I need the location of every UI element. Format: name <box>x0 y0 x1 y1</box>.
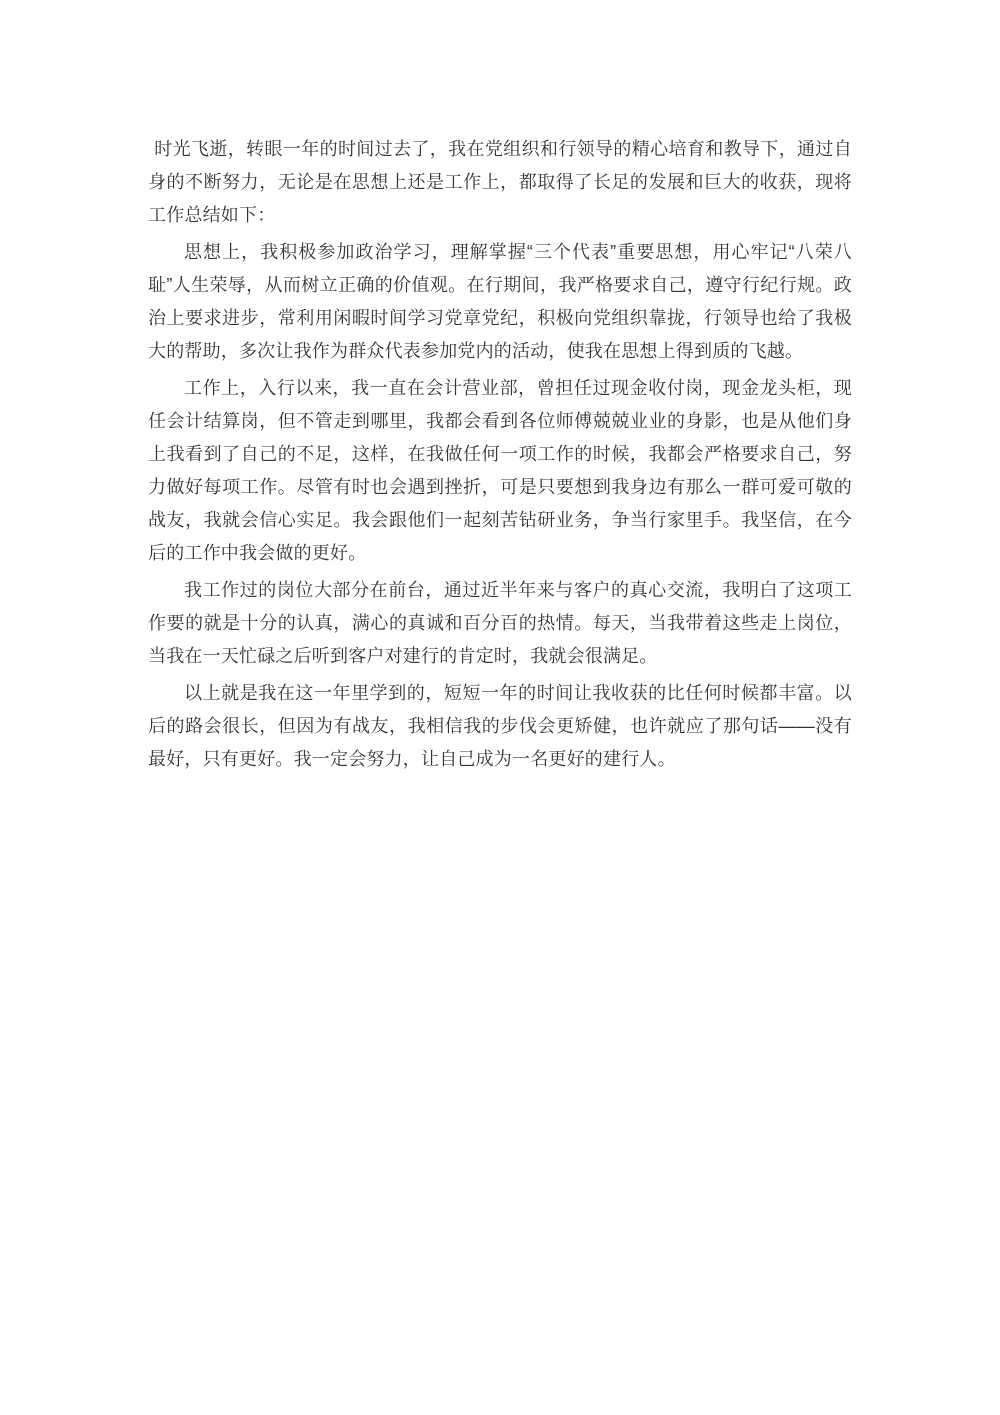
paragraph-work: 工作上，入行以来，我一直在会计营业部，曾担任过现金收付岗，现金龙头柜，现任会计结… <box>148 372 852 570</box>
document-body: 时光飞逝，转眼一年的时间过去了，我在党组织和行领导的精心培育和教导下，通过自身的… <box>148 133 852 776</box>
paragraph-intro: 时光飞逝，转眼一年的时间过去了，我在党组织和行领导的精心培育和教导下，通过自身的… <box>148 133 852 232</box>
paragraph-ideology: 思想上，我积极参加政治学习，理解掌握“三个代表”重要思想，用心牢记“八荣八耻”人… <box>148 236 852 368</box>
document-page: 时光飞逝，转眼一年的时间过去了，我在党组织和行领导的精心培育和教导下，通过自身的… <box>0 0 1000 1415</box>
paragraph-conclusion: 以上就是我在这一年里学到的，短短一年的时间让我收获的比任何时候都丰富。以后的路会… <box>148 677 852 776</box>
paragraph-frontdesk: 我工作过的岗位大部分在前台，通过近半年来与客户的真心交流，我明白了这项工作要的就… <box>148 574 852 673</box>
